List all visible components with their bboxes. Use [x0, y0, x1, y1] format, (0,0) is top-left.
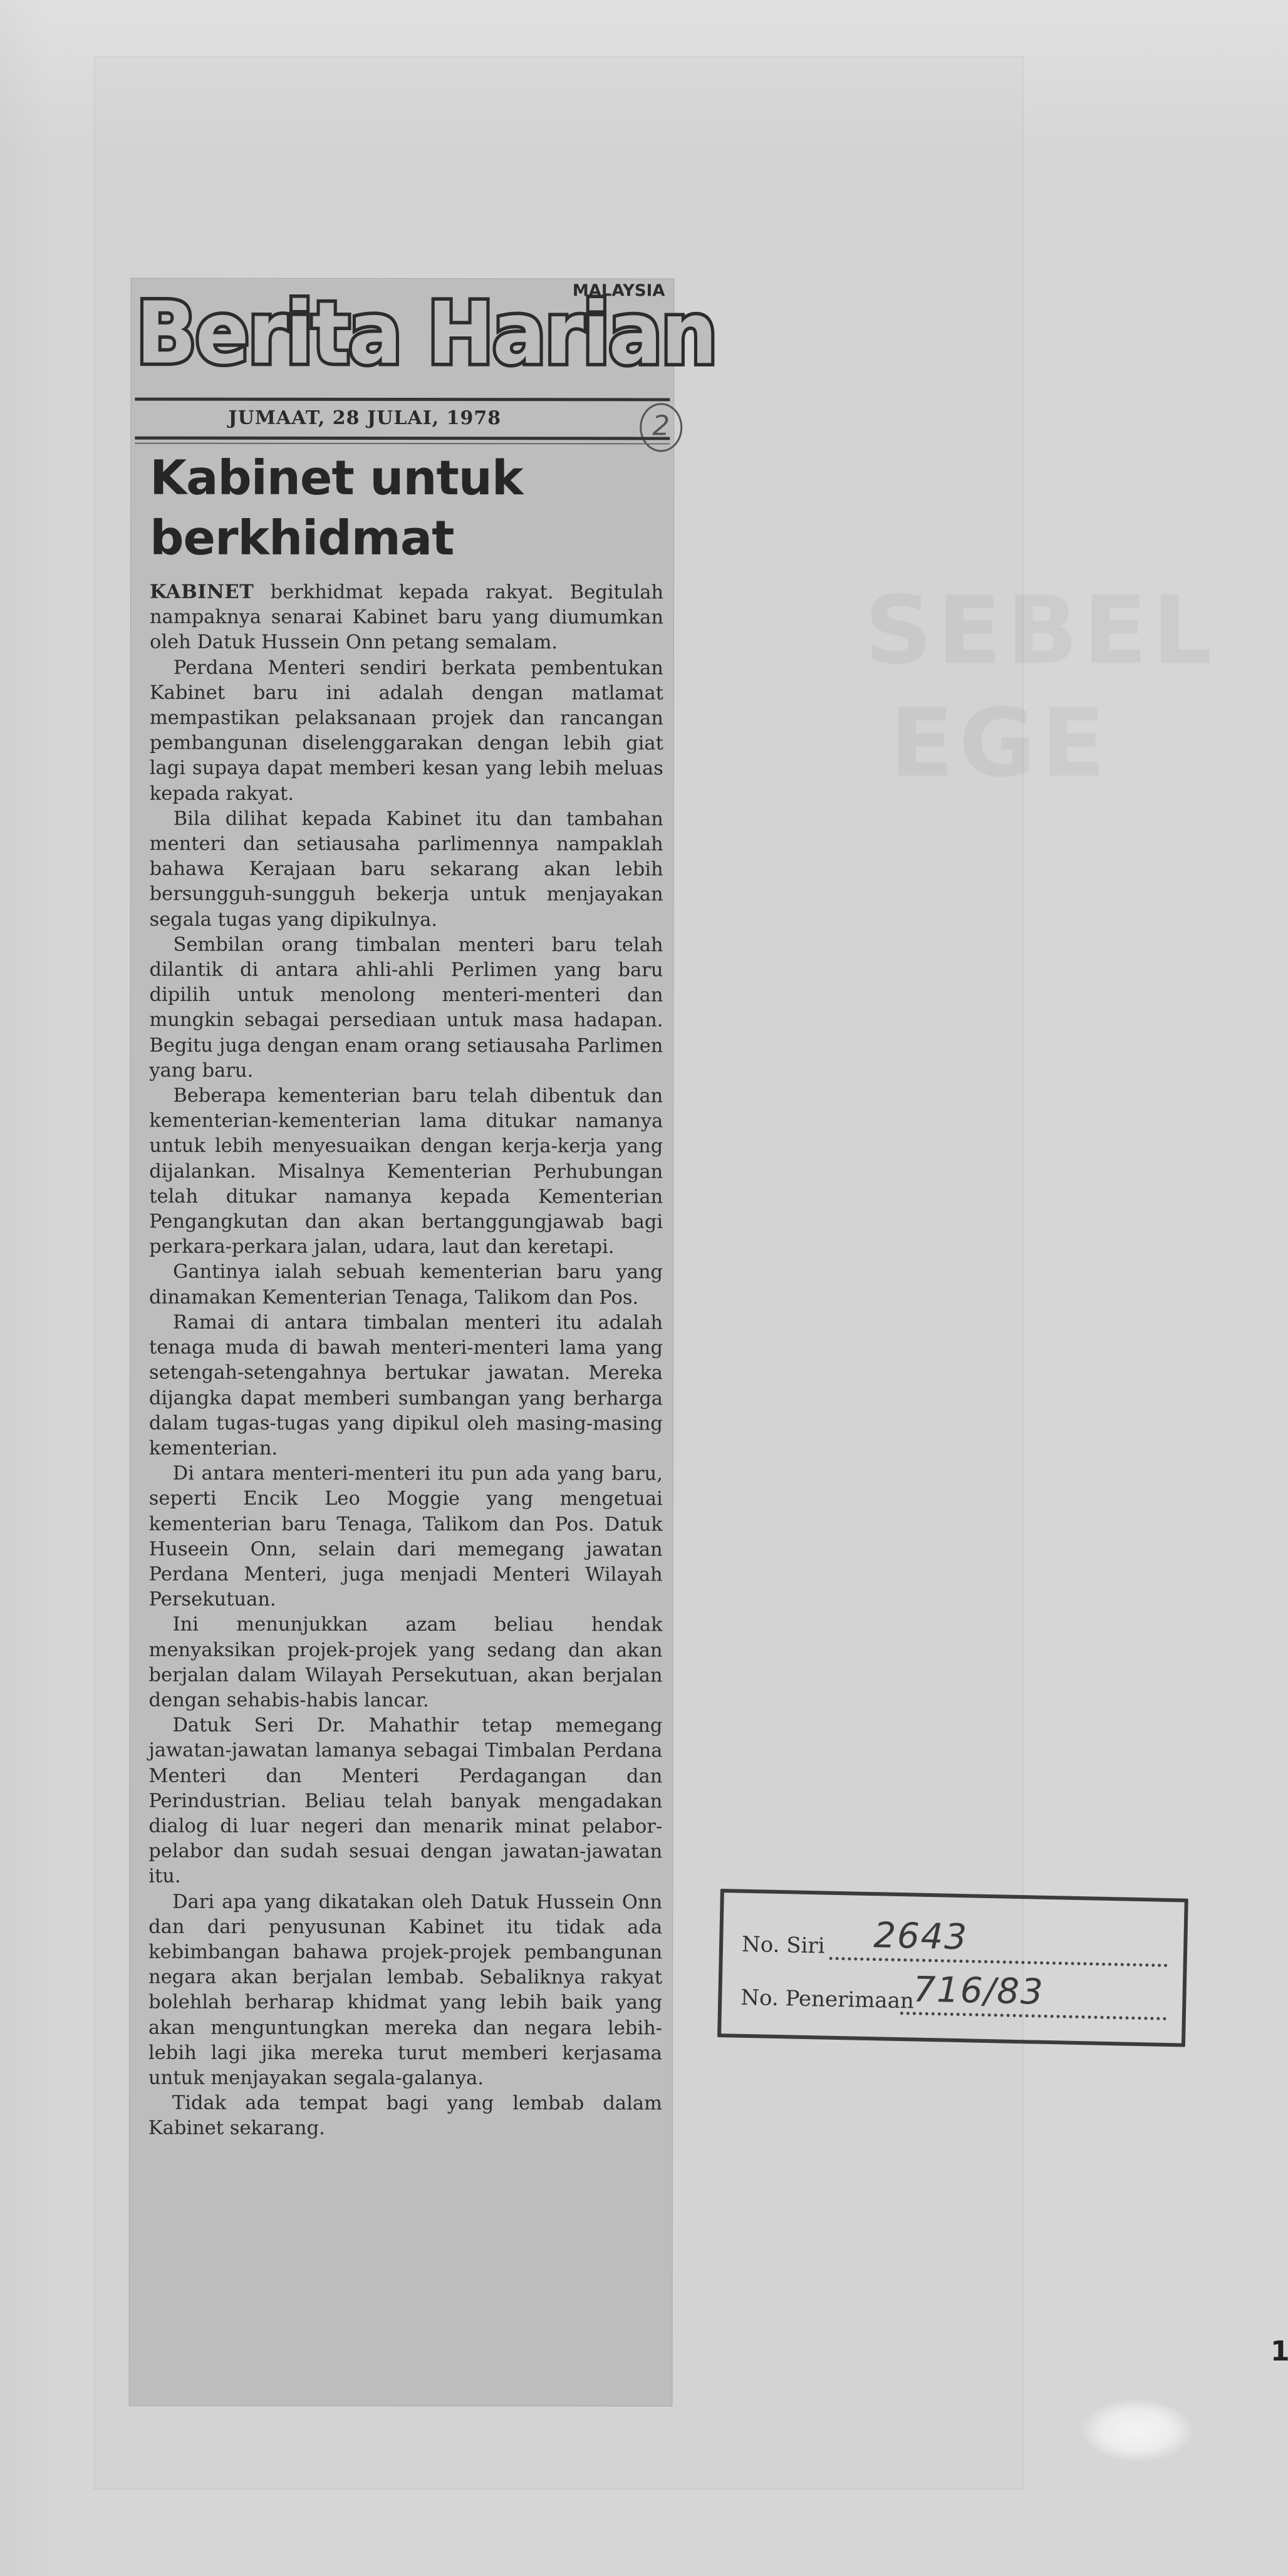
article-paragraph: Sembilan orang timbalan menteri baru tel… — [149, 932, 663, 1084]
page-number: 1 — [1270, 2335, 1288, 2367]
article-paragraph: Datuk Seri Dr. Mahathir tetap memegang j… — [148, 1713, 662, 1890]
receipt-number-value: 716/83 — [913, 1969, 1044, 2012]
show-through-text: SEBEL — [865, 576, 1217, 685]
receipt-number-row: No. Penerimaan 716/83 — [740, 1971, 1173, 2024]
article-paragraph: Ini menunjukkan azam beliau hendak menya… — [148, 1613, 662, 1714]
masthead-rule-bottom — [135, 437, 670, 440]
masthead-rule-thin — [135, 443, 670, 445]
lead-word: KABINET — [150, 581, 254, 603]
serial-number-label: No. Siri — [742, 1932, 825, 1959]
serial-number-row: No. Siri 2643 — [742, 1918, 1175, 1971]
dotted-line — [829, 1957, 1168, 1967]
article-paragraph: Bila dilihat kepada Kabinet itu dan tamb… — [150, 806, 663, 933]
article-paragraph: Di antara menteri-menteri itu pun ada ya… — [149, 1462, 663, 1613]
article-paragraph: Ramai di antara timbalan menteri itu ada… — [149, 1311, 663, 1462]
article-paragraph: Tidak ada tempat bagi yang lembab dalam … — [148, 2091, 662, 2142]
article-paragraph: Gantinya ialah sebuah kementerian baru y… — [149, 1260, 663, 1311]
article-body: KABINET berkhidmat kepada rakyat. Begitu… — [148, 579, 663, 2142]
article-paragraph: Beberapa kementerian baru telah dibentuk… — [149, 1084, 663, 1260]
article-headline: Kabinet untuk berkhidmat — [150, 448, 663, 569]
serial-number-value: 2643 — [873, 1915, 969, 1958]
dateline: JUMAAT, 28 JULAI, 1978 — [131, 403, 673, 435]
article-paragraph: Dari apa yang dikatakan oleh Datuk Husse… — [148, 1889, 662, 2091]
masthead: Berita Harian MALAYSIA — [136, 279, 668, 389]
handwritten-page-mark: 2 — [640, 403, 682, 452]
article-paragraph: KABINET berkhidmat kepada rakyat. Begitu… — [150, 579, 663, 656]
registration-stamp: No. Siri 2643 No. Penerimaan 716/83 — [717, 1889, 1188, 2047]
show-through-text: EGE — [890, 689, 1110, 798]
dotted-line — [900, 2012, 1166, 2020]
article-paragraph: Perdana Menteri sendiri berkata pembentu… — [150, 655, 663, 807]
masthead-rule-top — [135, 398, 670, 402]
receipt-number-label: No. Penerimaan — [740, 1985, 914, 2014]
masthead-country: MALAYSIA — [573, 281, 665, 300]
newspaper-clipping: Berita Harian MALAYSIA JUMAAT, 28 JULAI,… — [130, 279, 674, 2406]
